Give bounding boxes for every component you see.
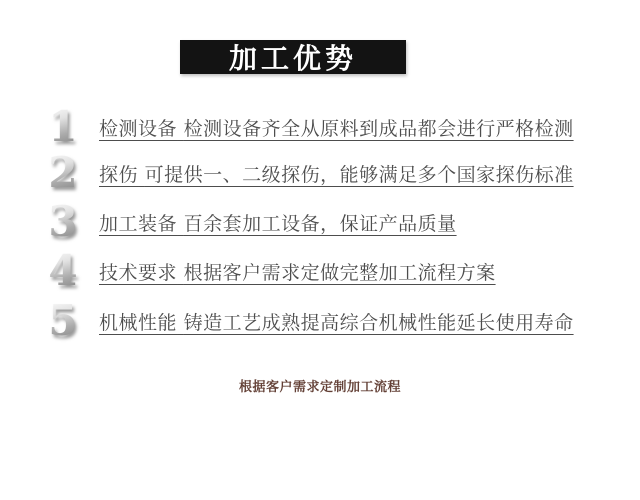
advantage-row: 3 加工装备 百余套加工设备，保证产品质量: [36, 199, 457, 245]
advantage-label: 检测设备: [99, 118, 177, 140]
advantage-text: 加工装备 百余套加工设备，保证产品质量: [99, 209, 457, 236]
advantage-number: 5: [36, 298, 90, 344]
advantage-label: 机械性能: [99, 312, 177, 334]
advantage-row: 5 机械性能 铸造工艺成熟提高综合机械性能延长使用寿命: [36, 298, 574, 344]
advantage-description: 检测设备齐全从原料到成品都会进行严格检测: [184, 118, 574, 140]
slide: 加工优势 1 检测设备 检测设备齐全从原料到成品都会进行严格检测 2 探伤 可提…: [0, 0, 640, 500]
advantage-label: 探伤: [99, 164, 138, 186]
advantage-description: 根据客户需求定做完整加工流程方案: [184, 262, 496, 284]
page-title: 加工优势: [229, 37, 357, 77]
advantage-number: 1: [36, 104, 90, 150]
advantage-text: 机械性能 铸造工艺成熟提高综合机械性能延长使用寿命: [99, 308, 574, 335]
advantage-row: 2 探伤 可提供一、二级探伤，能够满足多个国家探伤标准: [36, 150, 574, 196]
advantage-text: 探伤 可提供一、二级探伤，能够满足多个国家探伤标准: [99, 160, 574, 187]
advantage-text: 技术要求 根据客户需求定做完整加工流程方案: [99, 258, 496, 285]
advantage-description: 可提供一、二级探伤，能够满足多个国家探伤标准: [145, 164, 574, 186]
footer-caption: 根据客户需求定制加工流程: [0, 376, 640, 395]
advantage-number: 3: [36, 199, 90, 245]
advantage-row: 4 技术要求 根据客户需求定做完整加工流程方案: [36, 248, 496, 294]
advantage-row: 1 检测设备 检测设备齐全从原料到成品都会进行严格检测: [36, 104, 574, 150]
advantage-description: 铸造工艺成熟提高综合机械性能延长使用寿命: [184, 312, 574, 334]
title-banner: 加工优势: [180, 40, 406, 74]
advantage-description: 百余套加工设备，保证产品质量: [184, 213, 457, 235]
advantage-number: 4: [36, 248, 90, 294]
advantage-label: 加工装备: [99, 213, 177, 235]
advantage-text: 检测设备 检测设备齐全从原料到成品都会进行严格检测: [99, 114, 574, 141]
advantage-number: 2: [36, 150, 90, 196]
advantage-label: 技术要求: [99, 262, 177, 284]
